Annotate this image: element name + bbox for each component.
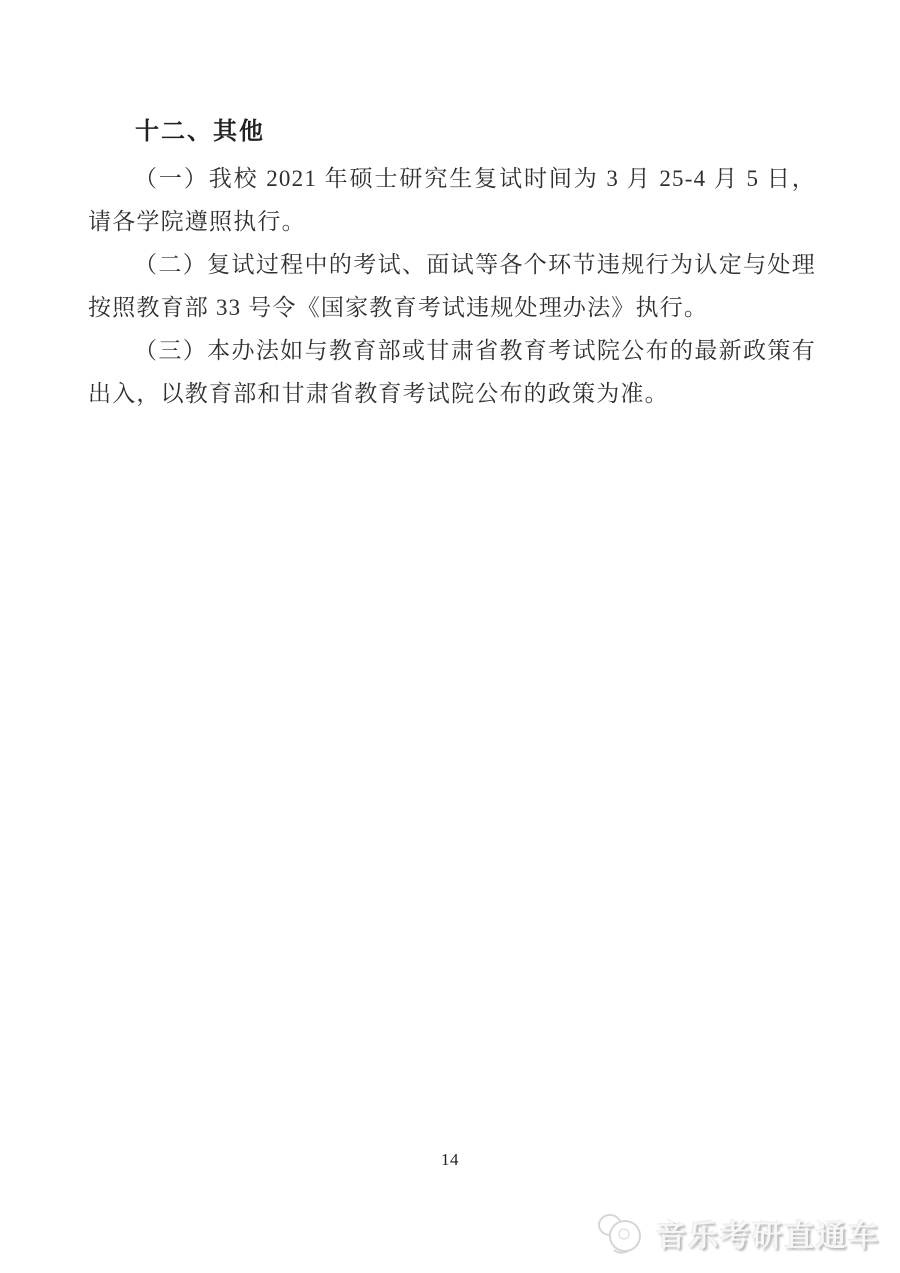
watermark-label: 音乐考研直通车 [656, 1211, 880, 1255]
document-body: 十二、其他 （一）我校 2021 年硕士研究生复试时间为 3 月 25-4 月 … [88, 110, 816, 415]
page-number: 14 [0, 1150, 900, 1170]
paragraph-1: （一）我校 2021 年硕士研究生复试时间为 3 月 25-4 月 5 日，请各… [88, 157, 816, 243]
mascot-icon [594, 1208, 650, 1258]
document-page: 十二、其他 （一）我校 2021 年硕士研究生复试时间为 3 月 25-4 月 … [0, 0, 900, 1273]
section-heading: 十二、其他 [88, 110, 816, 153]
watermark: 音乐考研直通车 [594, 1208, 880, 1258]
paragraph-2: （二）复试过程中的考试、面试等各个环节违规行为认定与处理按照教育部 33 号令《… [88, 243, 816, 329]
paragraph-3: （三）本办法如与教育部或甘肃省教育考试院公布的最新政策有出入，以教育部和甘肃省教… [88, 329, 816, 415]
